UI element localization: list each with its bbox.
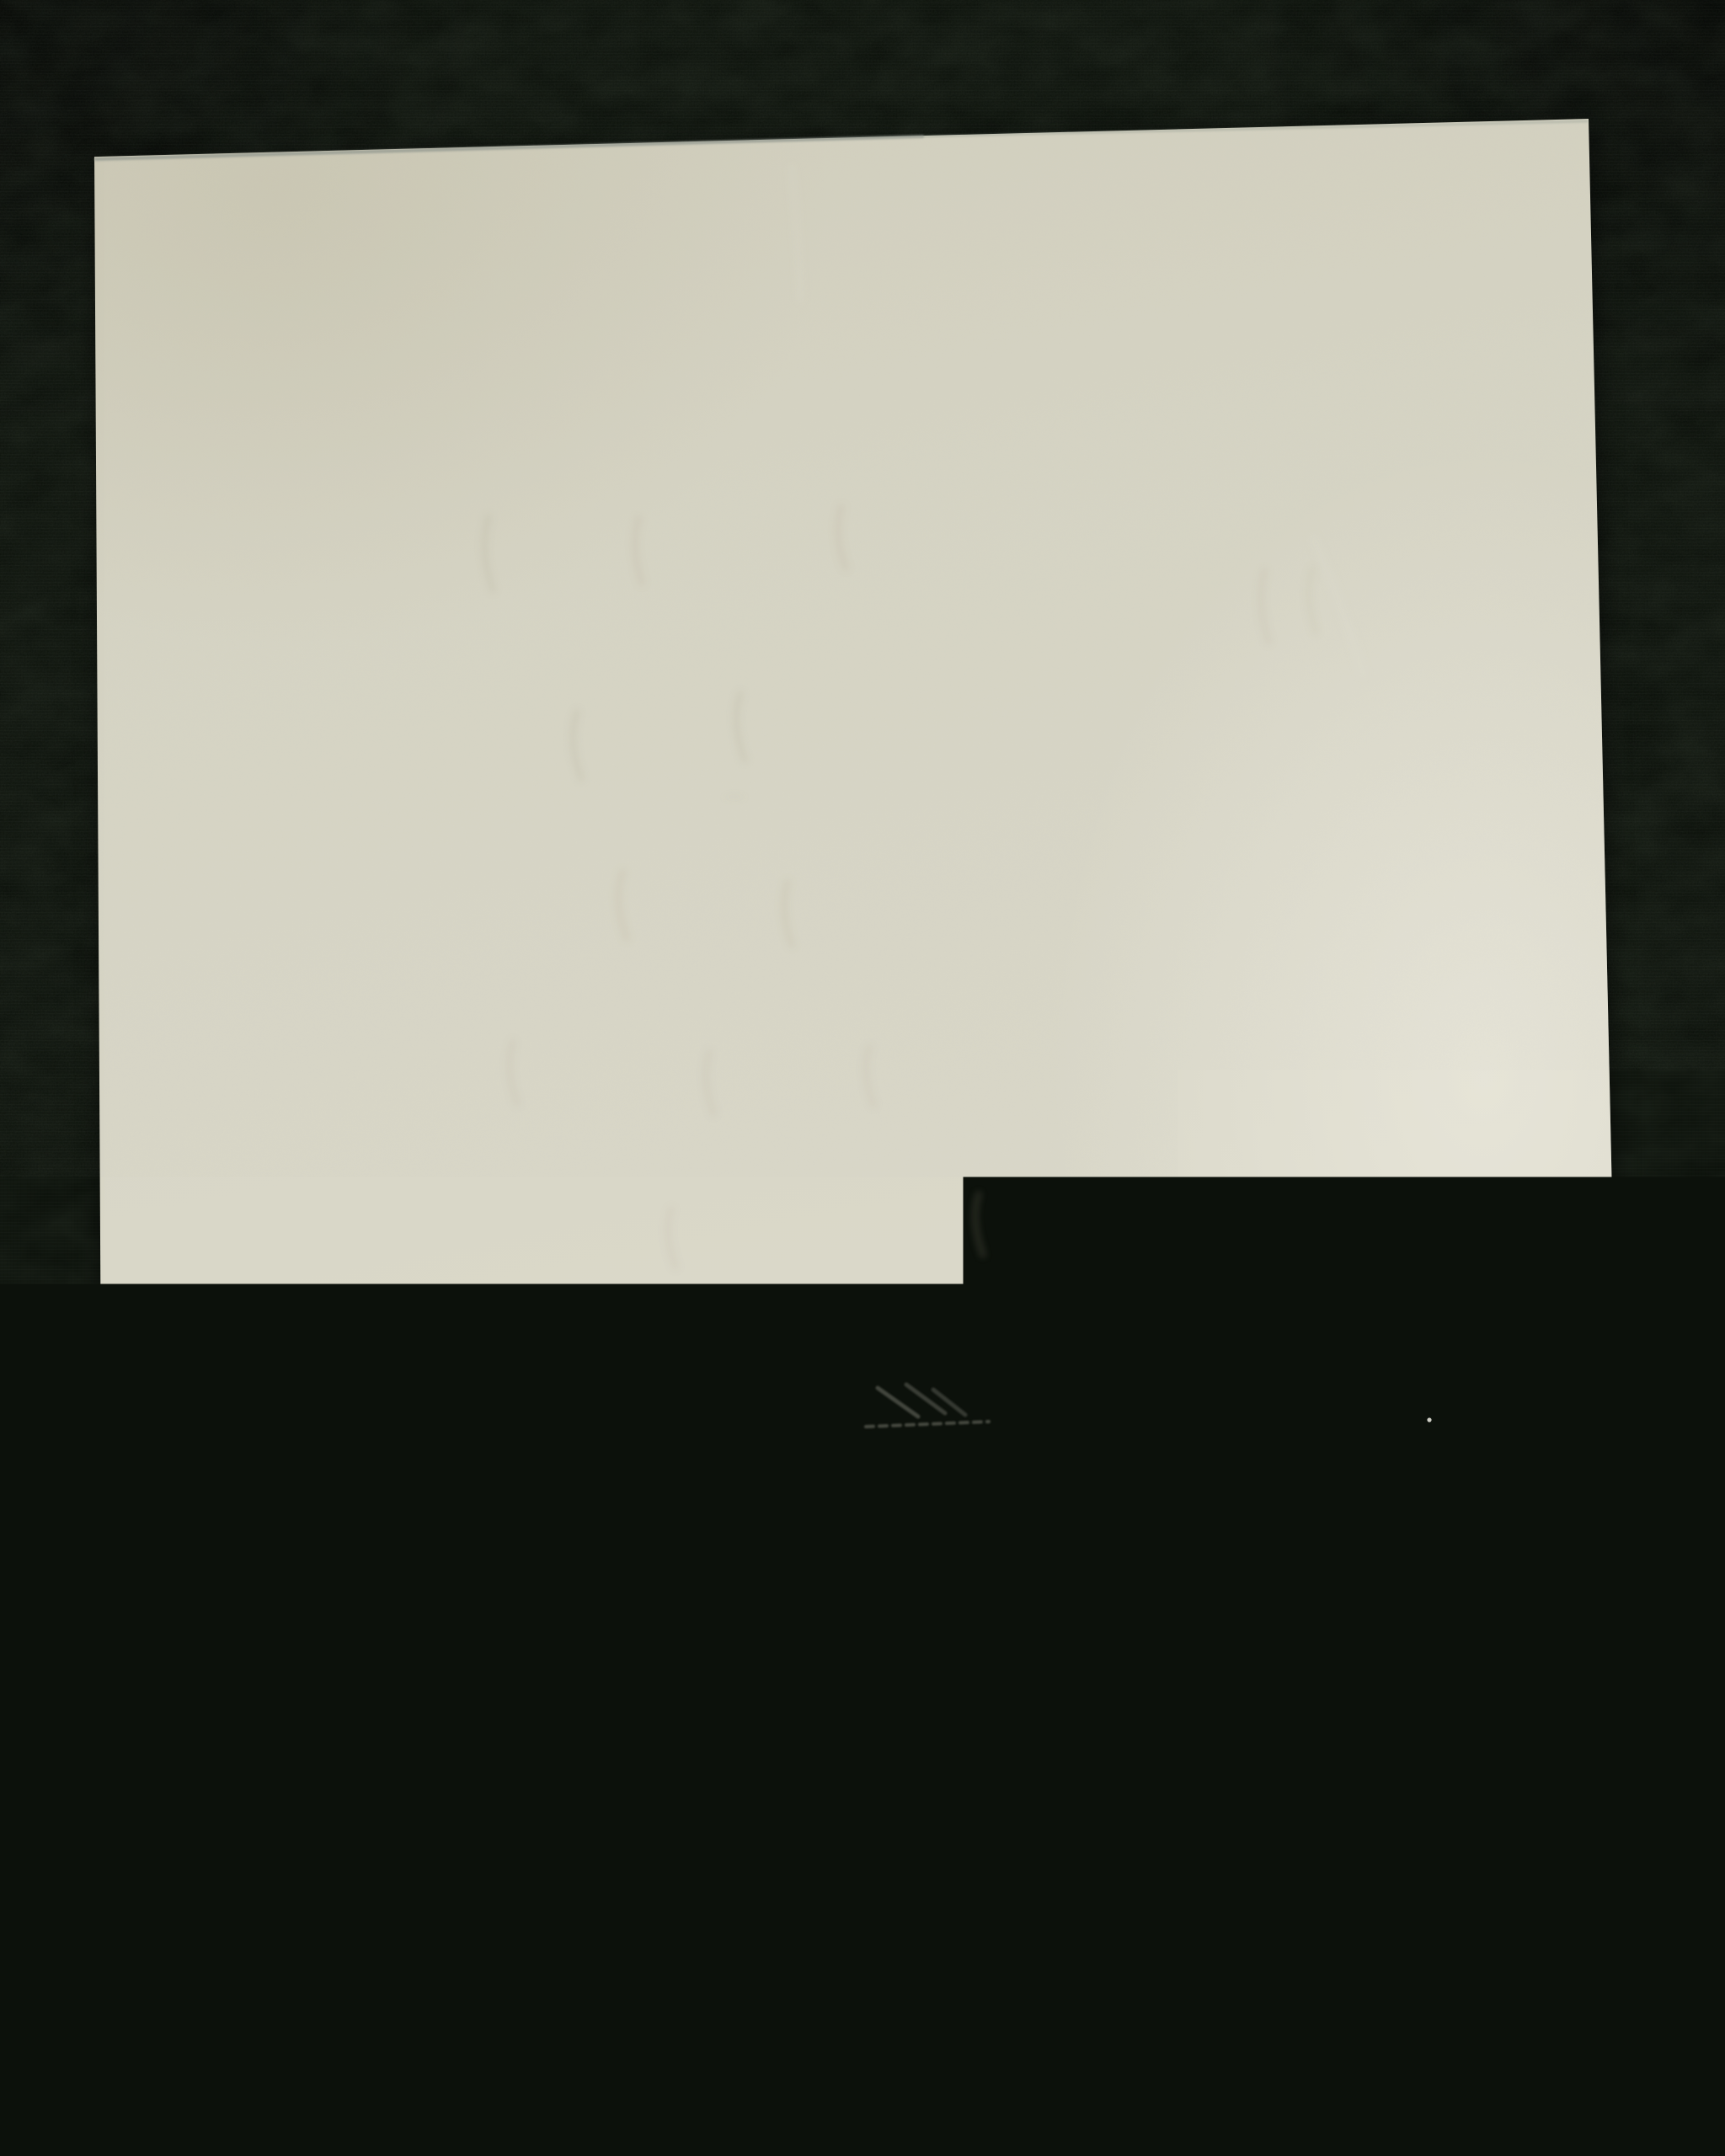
photograph — [0, 0, 1725, 2156]
paper-shadow — [0, 0, 1725, 2156]
letter-sheet-verso — [0, 0, 1725, 2156]
